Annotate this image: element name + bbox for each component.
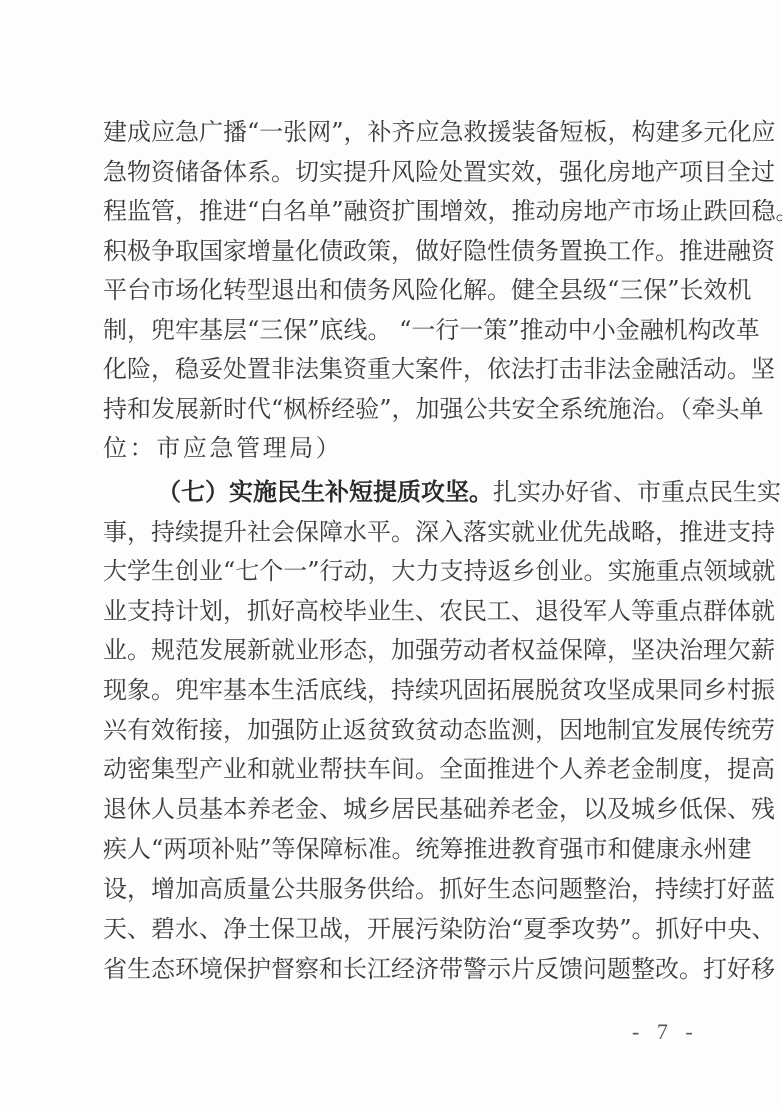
paragraph-line: 业。规范发展新就业形态，加强劳动者权益保障，坚决治理欠薪 <box>103 635 691 665</box>
paragraph-line: 化险，稳妥处置非法集资重大案件，依法打击非法金融活动。坚 <box>103 354 691 384</box>
paragraph-line: 事，持续提升社会保障水平。深入落实就业优先战略，推进支持 <box>103 517 691 547</box>
paragraph-line: 疾人“两项补贴”等保障标准。统筹推进教育强市和健康永州建 <box>103 834 691 864</box>
paragraph-line: 制，兜牢基层“三保”底线。 “一行一策”推动中小金融机构改革 <box>103 315 691 345</box>
document-page: 建成应急广播“一张网”，补齐应急救援装备短板，构建多元化应 急物资储备体系。切实… <box>0 0 782 1111</box>
paragraph-line: 业支持计划，抓好高校毕业生、农民工、退役军人等重点群体就 <box>103 596 691 626</box>
paragraph-line: 设，增加高质量公共服务供给。抓好生态问题整治，持续打好蓝 <box>103 874 691 904</box>
page-number: - 7 - <box>632 1019 699 1045</box>
paragraph-line-last: 位：市应急管理局） <box>103 433 342 463</box>
section-heading: （七）实施民生补短提质攻坚。 <box>157 477 493 506</box>
paragraph-line: 平台市场化转型退出和债务风险化解。健全县级“三保”长效机 <box>103 275 691 305</box>
section-heading-line: （七）实施民生补短提质攻坚。扎实办好省、市重点民生实 <box>157 477 691 507</box>
paragraph-line: 动密集型产业和就业帮扶车间。全面推进个人养老金制度，提高 <box>103 754 691 784</box>
paragraph-line: 退休人员基本养老金、城乡居民基础养老金，以及城乡低保、残 <box>103 794 691 824</box>
paragraph-line: 省生态环境保护督察和长江经济带警示片反馈问题整改。打好移 <box>103 954 691 984</box>
paragraph-line: 积极争取国家增量化债政策，做好隐性债务置换工作。推进融资 <box>103 236 691 266</box>
paragraph-line: 建成应急广播“一张网”，补齐应急救援装备短板，构建多元化应 <box>103 117 691 147</box>
paragraph-line: 持和发展新时代“枫桥经验”，加强公共安全系统施治。（牵头单 <box>103 394 691 424</box>
paragraph-line: 急物资储备体系。切实提升风险处置实效，强化房地产项目全过 <box>103 157 691 187</box>
section-heading-rest: 扎实办好省、市重点民生实 <box>493 478 781 506</box>
paragraph-line: 兴有效衔接，加强防止返贫致贫动态监测，因地制宜发展传统劳 <box>103 715 691 745</box>
paragraph-line: 大学生创业“七个一”行动，大力支持返乡创业。实施重点领域就 <box>103 556 691 586</box>
paragraph-line: 现象。兜牢基本生活底线，持续巩固拓展脱贫攻坚成果同乡村振 <box>103 675 691 705</box>
paragraph-line: 程监管，推进“白名单”融资扩围增效，推动房地产市场止跌回稳。 <box>103 196 691 226</box>
paragraph-line: 天、碧水、净土保卫战，开展污染防治“夏季攻势”。抓好中央、 <box>103 914 691 944</box>
